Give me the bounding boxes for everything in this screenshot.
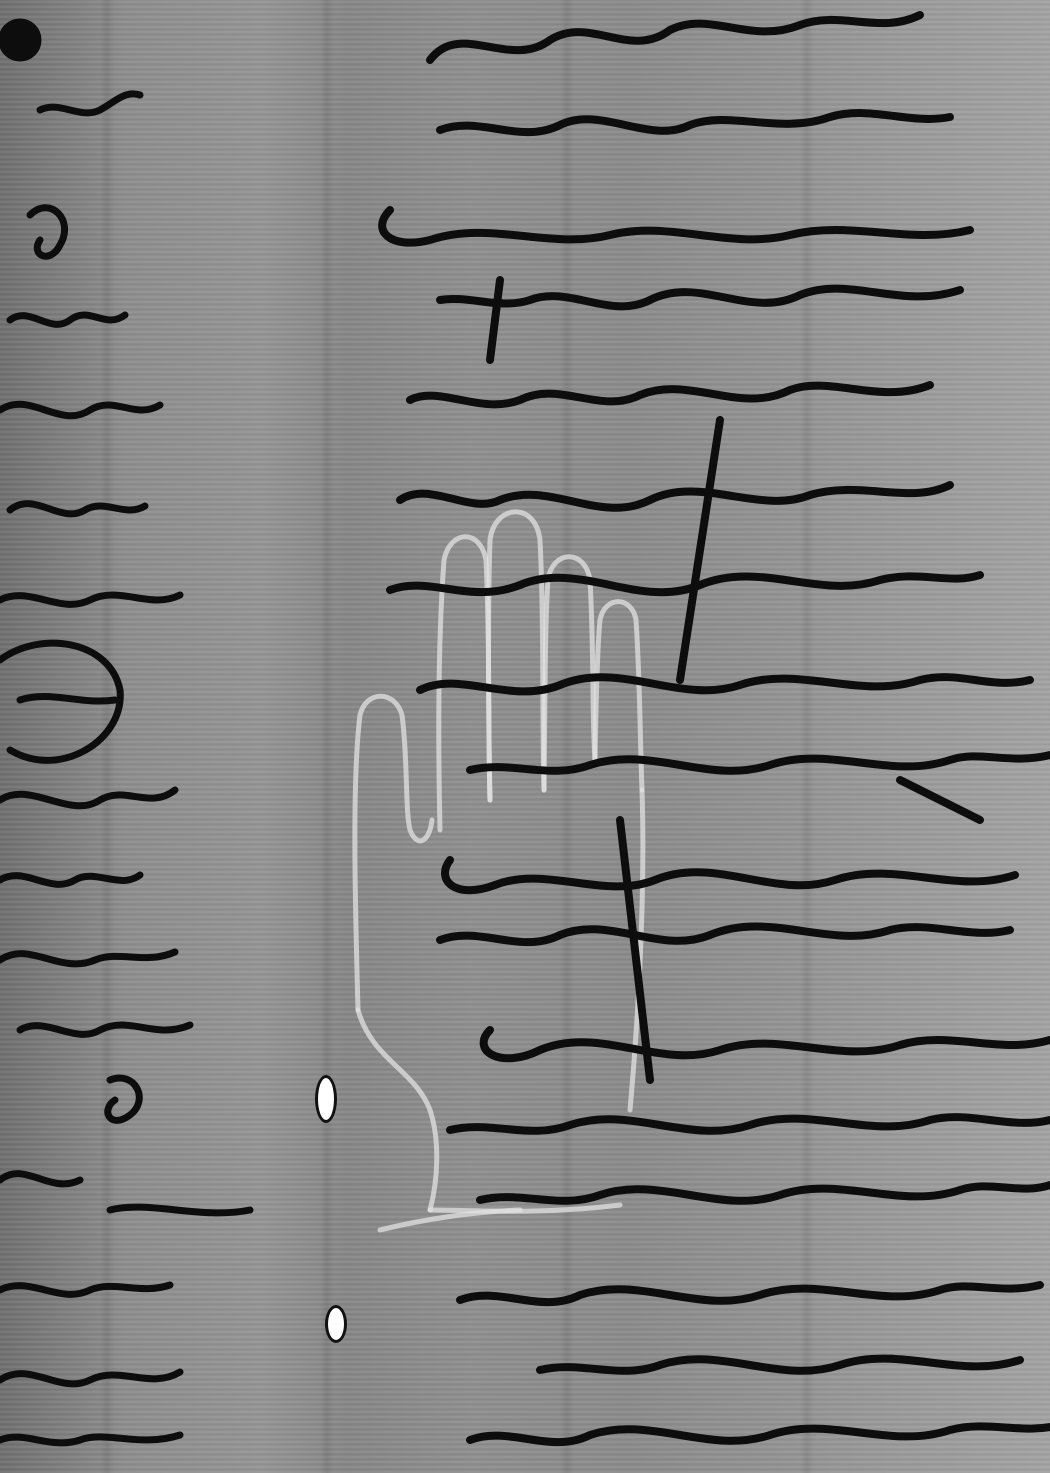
paper-hole [318, 1078, 334, 1120]
left-column-script [0, 22, 250, 1443]
handwriting-layer [0, 0, 1050, 1473]
manuscript-photo [0, 0, 1050, 1473]
right-column-script [382, 15, 1050, 1442]
paper-hole [328, 1308, 344, 1340]
